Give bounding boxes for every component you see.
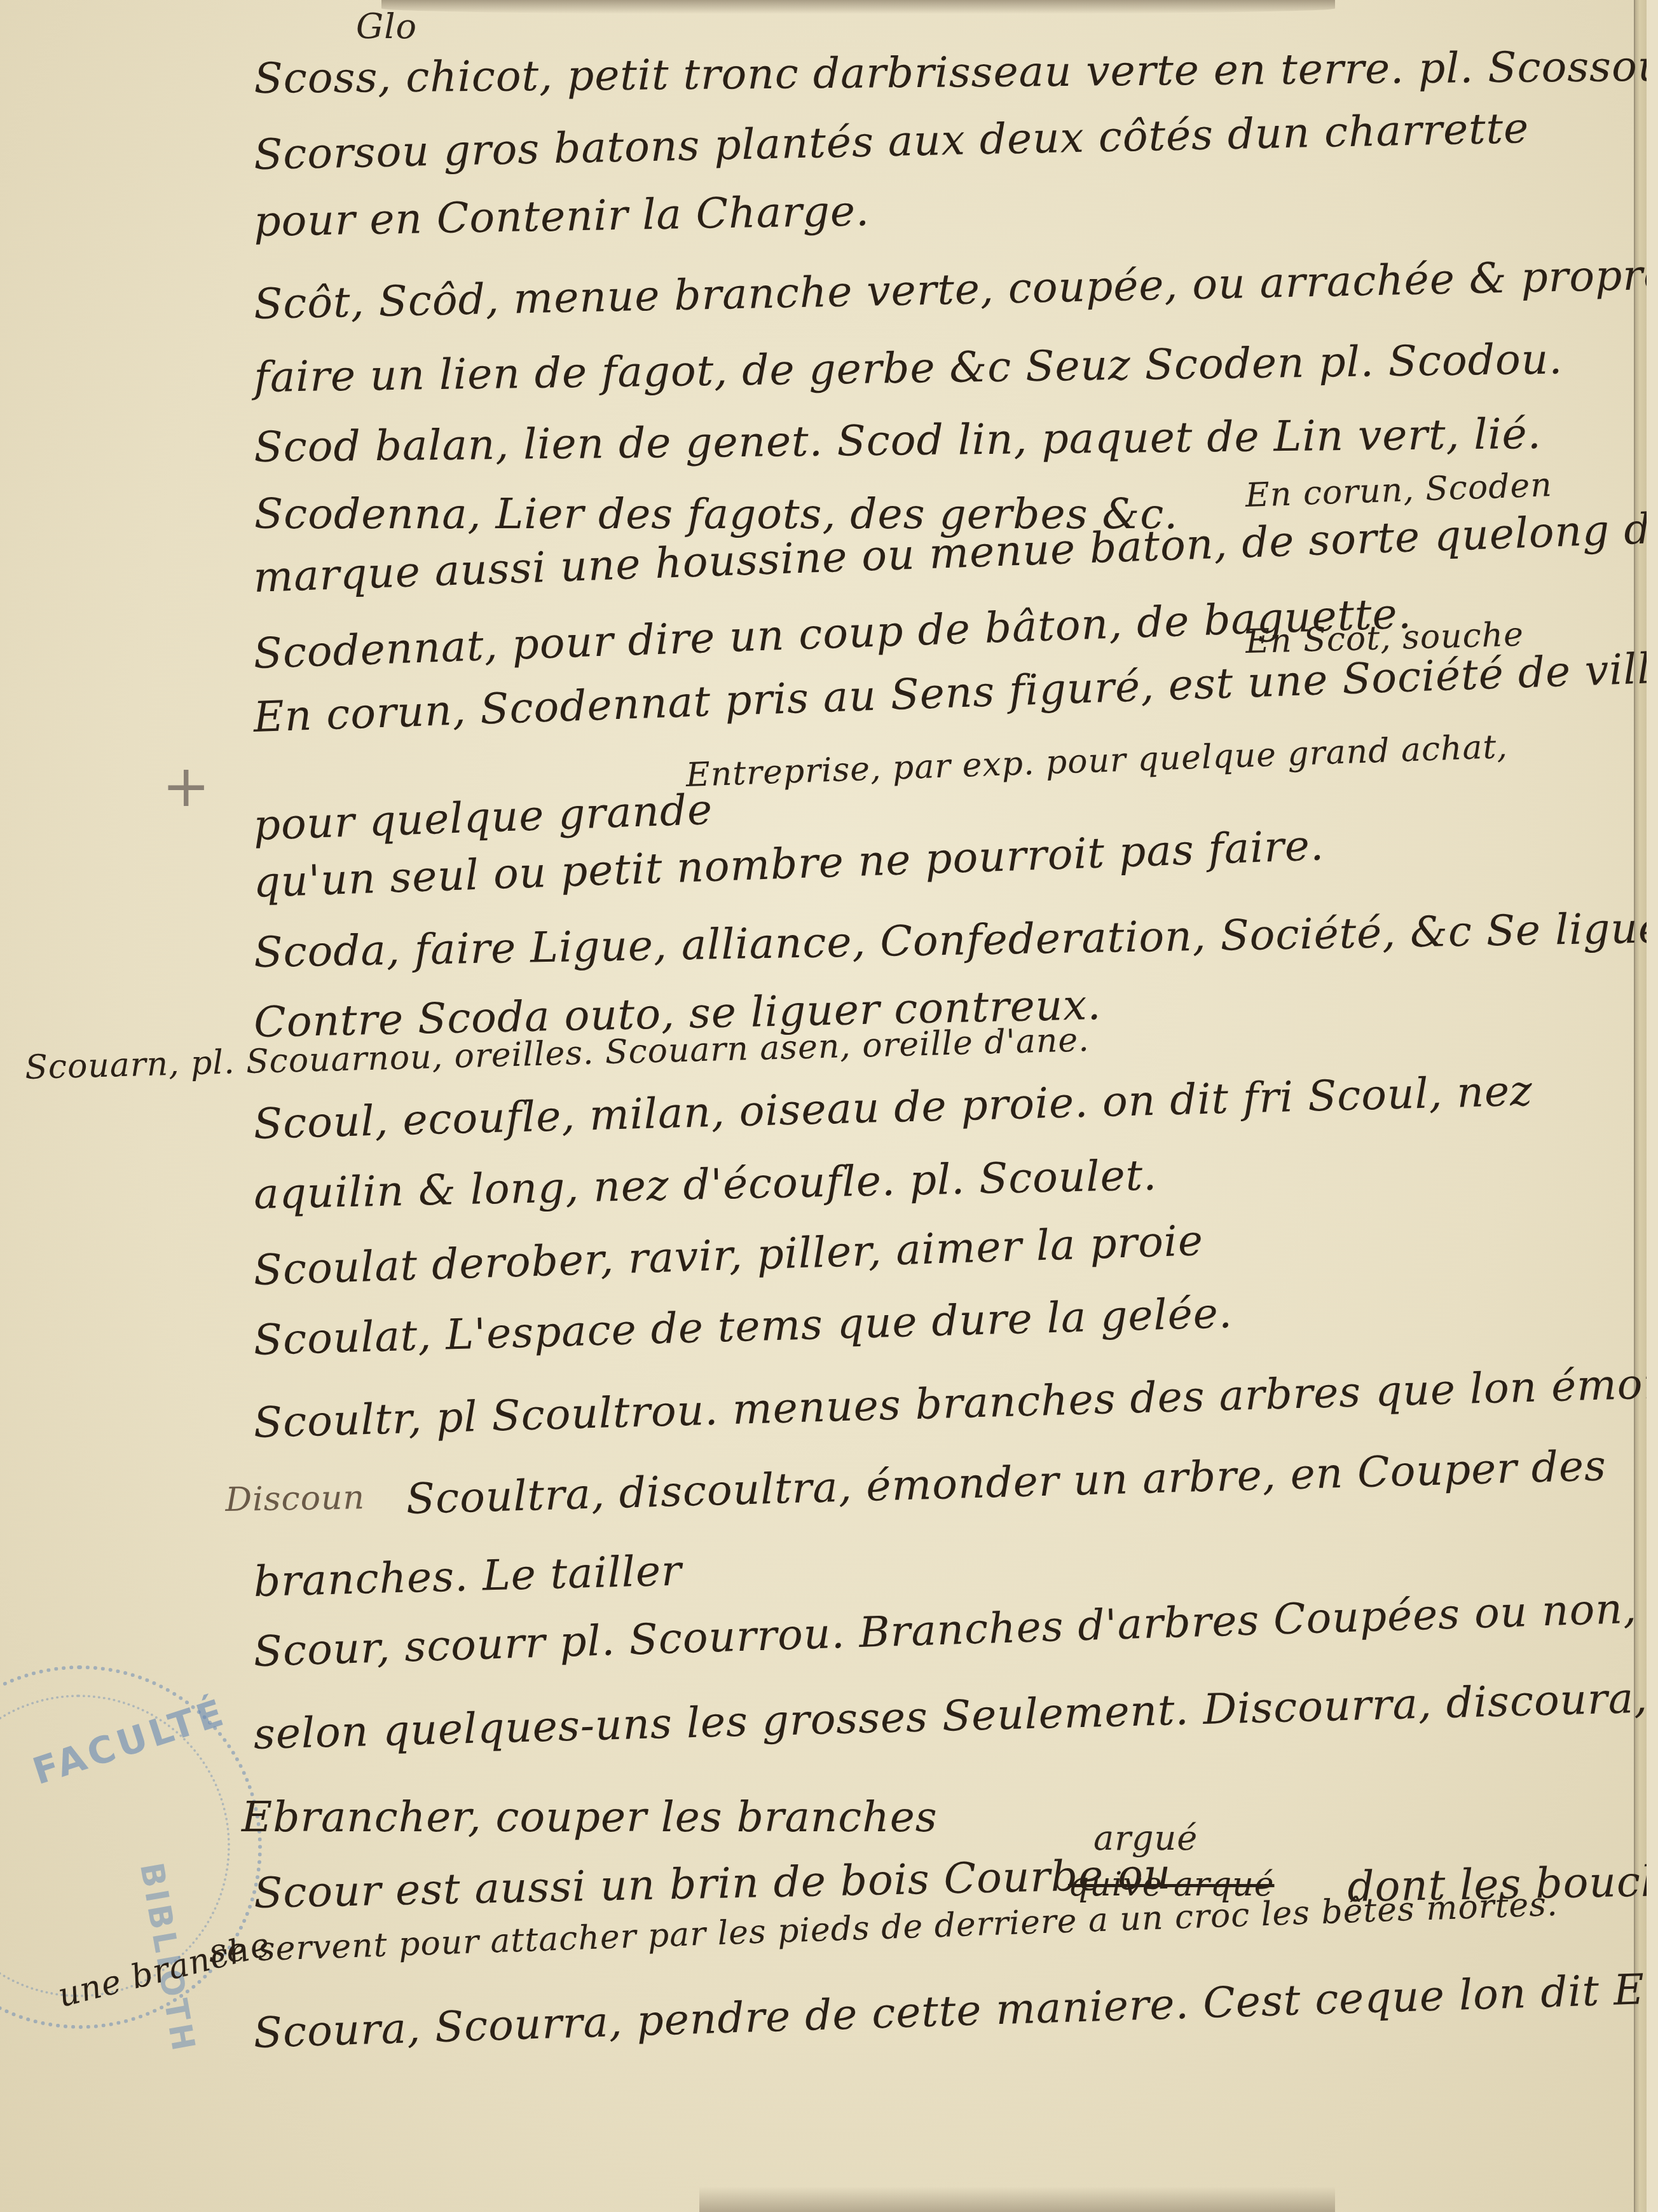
interlinear-en-corun: En corun, Scoden xyxy=(1245,466,1553,515)
page-wear xyxy=(699,2187,1335,2212)
manuscript-line-20: Scoultr, pl Scoultrou. menues branches d… xyxy=(253,1357,1647,1447)
binding-shadow xyxy=(381,0,1335,14)
manuscript-line-6: Scod balan, lien de genet. Scod lin, paq… xyxy=(254,409,1542,472)
manuscript-line-26: Scour est aussi un brin de bois Courbe o… xyxy=(253,1850,1172,1918)
manuscript-line-19: Scoulat, L'espace de tems que dure la ge… xyxy=(253,1288,1233,1365)
manuscript-line-17: aquilin & long, nez d'écoufle. pl. Scoul… xyxy=(253,1150,1157,1219)
manuscript-line-24: selon quelques-uns les grosses Seulement… xyxy=(253,1674,1647,1759)
manuscript-line-5: faire un lien de fagot, de gerbe &c Seuz… xyxy=(254,334,1563,402)
library-stamp: FACULTÉ BIBLIOTH xyxy=(0,1665,262,2029)
manuscript-line-21: Scoultra, discoultra, émonder un arbre, … xyxy=(406,1441,1607,1524)
margin-cross-mark: + xyxy=(162,753,210,820)
struck-argue: quive arqué xyxy=(1068,1866,1275,1904)
manuscript-line-18: Scoulat derober, ravir, piller, aimer la… xyxy=(253,1216,1204,1295)
interlinear-argue: argué xyxy=(1093,1818,1198,1858)
manuscript-line-16: Scoul, ecoufle, milan, oiseau de proie. … xyxy=(253,1066,1533,1149)
manuscript-line-3: pour en Contenir la Charge. xyxy=(254,186,870,246)
manuscript-page: FACULTÉ BIBLIOTH + Glo Scoss, chicot, pe… xyxy=(0,0,1647,2212)
manuscript-line-22: branches. Le tailler xyxy=(253,1546,682,1606)
manuscript-line-2: Scorsou gros batons plantés aux deux côt… xyxy=(253,104,1530,179)
interlinear-glo: Glo xyxy=(356,6,417,46)
manuscript-line-13: Scoda, faire Ligue, alliance, Confederat… xyxy=(254,903,1647,977)
manuscript-line-25: Ebrancher, couper les branches xyxy=(242,1792,938,1841)
manuscript-line-11: pour quelque grande xyxy=(252,785,713,850)
interlinear-dont-bouchers: dont les bouchers xyxy=(1347,1855,1647,1911)
margin-note-discoun: Discoun xyxy=(225,1478,365,1519)
manuscript-line-4: Scôt, Scôd, menue branche verte, coupée,… xyxy=(253,249,1647,329)
interlinear-entreprise: Entreprise, par exp. pour quelque grand … xyxy=(685,728,1509,795)
manuscript-line-1: Scoss, chicot, petit tronc darbrisseau v… xyxy=(254,41,1647,103)
